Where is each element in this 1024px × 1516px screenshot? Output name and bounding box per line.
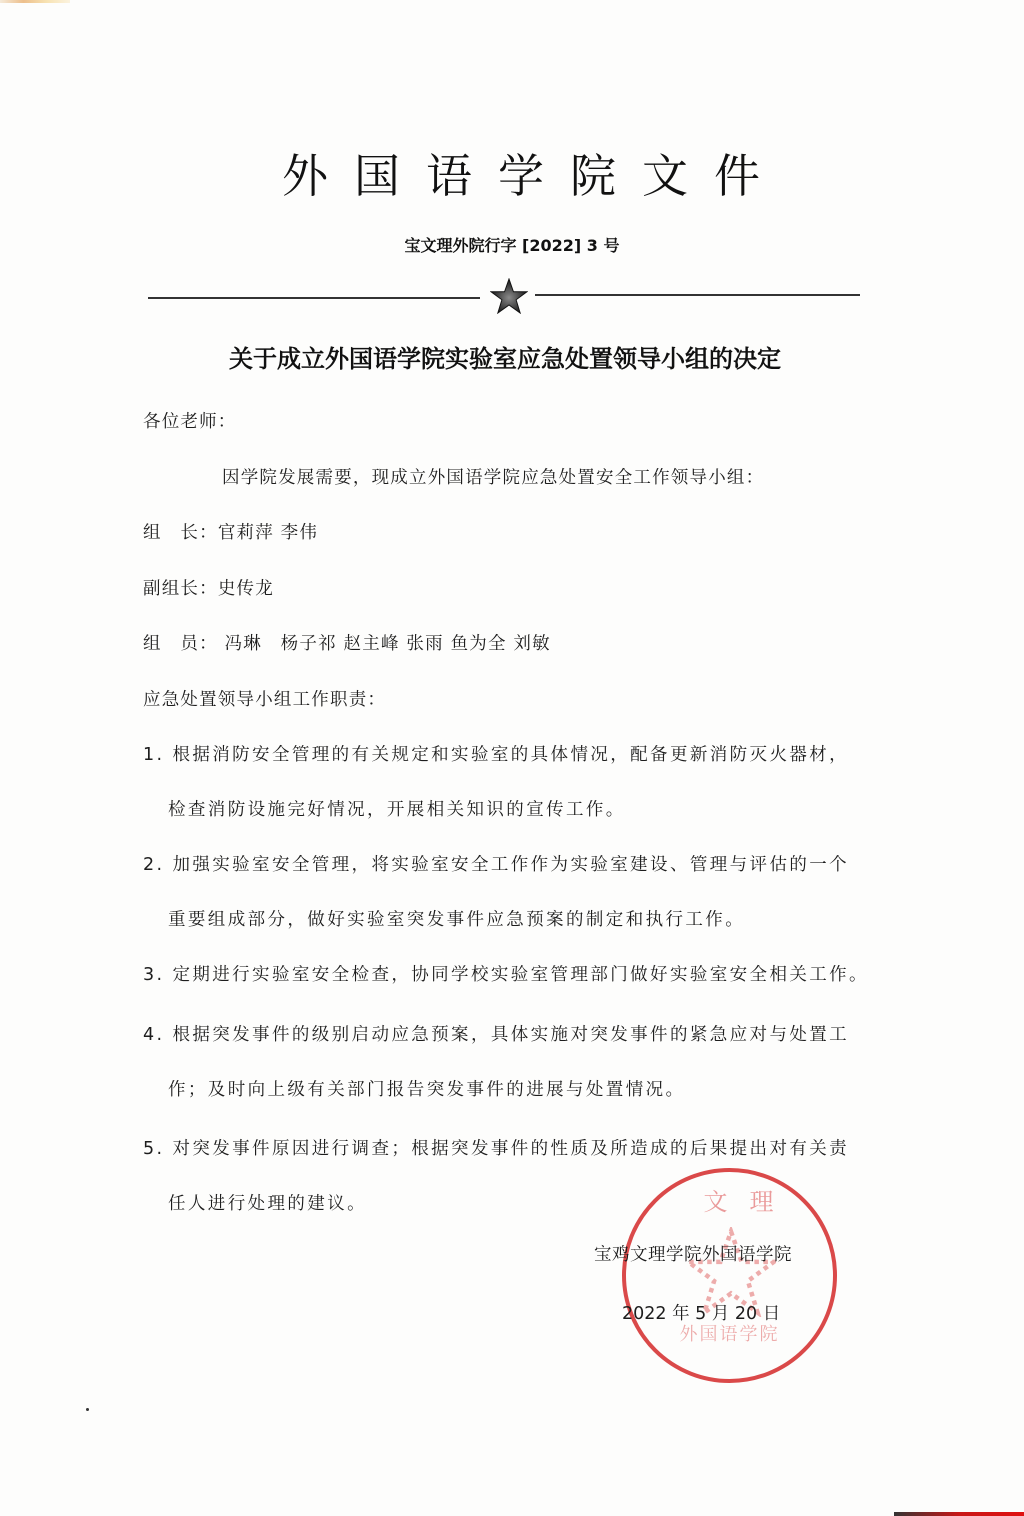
salutation: 各位老师： xyxy=(143,408,237,433)
members-label: 组 员： xyxy=(143,634,218,654)
duty-5-line-2: 任人进行处理的建议。 xyxy=(168,1190,367,1215)
document-header-title: 外国语学院文件 xyxy=(0,140,1024,206)
scan-artifact-dot xyxy=(86,1408,89,1411)
leader-label: 组 长： xyxy=(143,523,218,543)
document-page: 外国语学院文件 宝文理外院行字 [2022] 3 号 关于成立外国语学院实验室应… xyxy=(0,0,1024,1516)
duty-2-line-2: 重要组成部分，做好实验室突发事件应急预案的制定和执行工作。 xyxy=(168,906,745,931)
duty-1-line-2: 检查消防设施完好情况，开展相关知识的宣传工作。 xyxy=(168,796,626,821)
deputy-label: 副组长： xyxy=(143,579,218,599)
deputy-row: 副组长：史传龙 xyxy=(143,575,274,600)
divider-line-right xyxy=(535,294,860,296)
document-heading: 关于成立外国语学院实验室应急处置领导小组的决定 xyxy=(0,339,1010,374)
divider-line-left xyxy=(148,297,480,299)
duty-2-line-1: 2. 加强实验室安全管理，将实验室安全工作作为实验室建设、管理与评估的一个 xyxy=(143,851,849,876)
members-names: 冯琳 杨子祁 赵主峰 张雨 鱼为全 刘敏 xyxy=(225,634,551,654)
signature-organization: 宝鸡文理学院外国语学院 xyxy=(594,1241,792,1266)
intro-paragraph: 因学院发展需要，现成立外国语学院应急处置安全工作领导小组： xyxy=(222,464,764,489)
duty-1-line-1: 1. 根据消防安全管理的有关规定和实验室的具体情况，配备更新消防灭火器材， xyxy=(143,741,849,766)
stamp-top-text: 文理 xyxy=(626,1182,853,1217)
star-icon xyxy=(490,278,528,314)
deputy-name: 史传龙 xyxy=(218,579,274,599)
leader-row: 组 长：官莉萍 李伟 xyxy=(143,519,318,544)
members-row: 组 员： 冯琳 杨子祁 赵主峰 张雨 鱼为全 刘敏 xyxy=(143,630,551,655)
duty-4-line-2: 作；及时向上级有关部门报告突发事件的进展与处置情况。 xyxy=(168,1076,685,1101)
official-seal-stamp: 文理 外国语学院 xyxy=(622,1168,837,1383)
duty-3-line-1: 3. 定期进行实验室安全检查，协同学校实验室管理部门做好实验室安全相关工作。 xyxy=(143,961,869,986)
scan-artifact-edge xyxy=(894,1512,1024,1516)
leader-names: 官莉萍 李伟 xyxy=(218,523,318,543)
duties-heading: 应急处置领导小组工作职责： xyxy=(143,686,386,711)
signature-date: 2022 年 5 月 20 日 xyxy=(622,1300,780,1325)
scan-artifact xyxy=(0,0,70,3)
document-number: 宝文理外院行字 [2022] 3 号 xyxy=(0,233,1024,256)
duty-5-line-1: 5. 对突发事件原因进行调查；根据突发事件的性质及所造成的后果提出对有关责 xyxy=(143,1135,849,1160)
duty-4-line-1: 4. 根据突发事件的级别启动应急预案，具体实施对突发事件的紧急应对与处置工 xyxy=(143,1021,849,1046)
